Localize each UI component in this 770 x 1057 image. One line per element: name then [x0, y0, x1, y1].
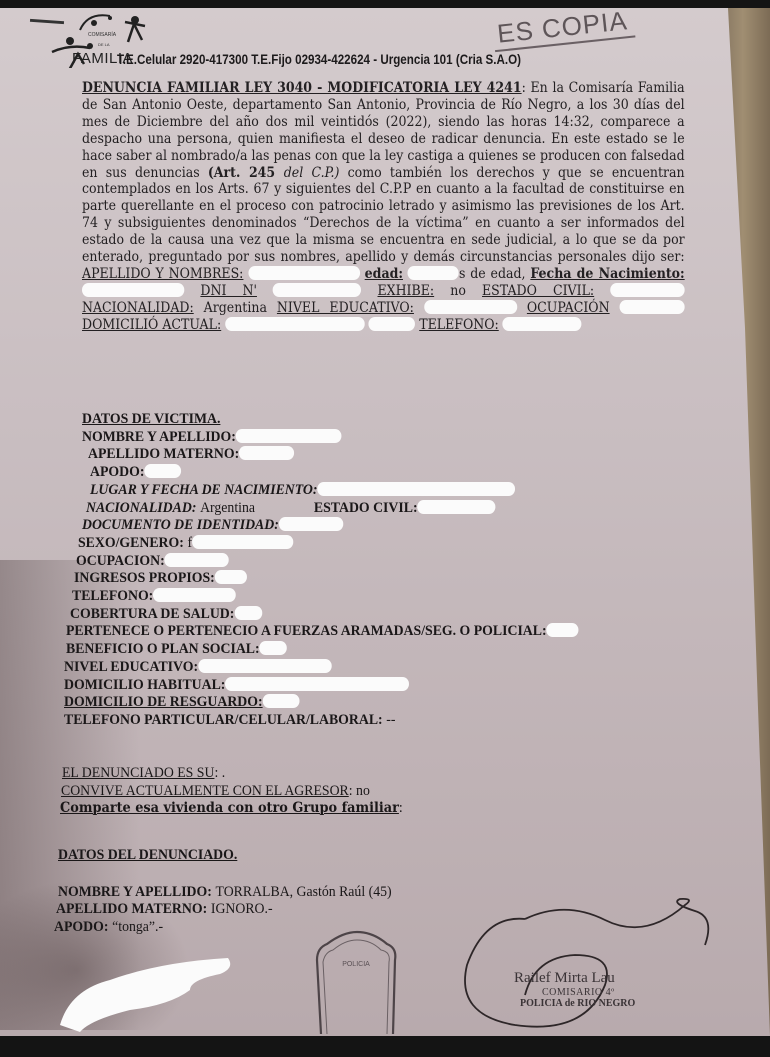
relation-row: Comparte esa vivienda con otro Grupo fam… [60, 800, 403, 818]
accused-field-row: NOMBRE Y APELLIDO:TORRALBA, Gastón Raúl … [58, 884, 392, 902]
label-dni: DNI N' [200, 283, 257, 299]
field-label: OCUPACION: [76, 553, 165, 569]
redaction [263, 694, 300, 708]
field-value: -- [386, 712, 395, 728]
redaction [225, 677, 409, 691]
redaction [236, 429, 342, 443]
redaction [610, 283, 684, 297]
edad-suffix: s de edad, [459, 266, 526, 282]
victim-field-row: DOMICILIO HABITUAL: [64, 677, 579, 695]
victim-field-row: COBERTURA DE SALUD: [70, 606, 579, 624]
commissioner-signature-scrawl [455, 895, 715, 1035]
field-label: NOMBRE Y APELLIDO: [82, 429, 236, 445]
field-label: DOMICILIO DE RESGUARDO: [64, 694, 263, 710]
field-label: BENEFICIO O PLAN SOCIAL: [66, 641, 260, 657]
redaction [424, 300, 517, 314]
nacionalidad-value: Argentina [204, 300, 267, 316]
victim-rows: NOMBRE Y APELLIDO:APELLIDO MATERNO:APODO… [82, 429, 623, 730]
exhibe-value: no [450, 283, 466, 299]
redaction [82, 283, 184, 297]
relation-value: : [399, 800, 403, 816]
redaction [503, 317, 582, 331]
accused-field-row: APELLIDO MATERNO:IGNORO.- [56, 901, 391, 919]
logo-text-mid: DE LA [98, 42, 110, 47]
field-label: LUGAR Y FECHA DE NACIMIENTO: [90, 482, 317, 498]
label-apellido-nombres: APELLIDO Y NOMBRES: [82, 266, 243, 282]
victim-section: DATOS DE VICTIMA. NOMBRE Y APELLIDO:APEL… [82, 411, 623, 730]
relation-row: CONVIVE ACTUALMENTE CON EL AGRESOR: no [61, 783, 403, 801]
redaction [239, 446, 294, 460]
redaction [192, 535, 293, 549]
field-label-extra: ESTADO CIVIL: [314, 500, 418, 516]
redaction [418, 500, 496, 514]
victim-field-row: APELLIDO MATERNO: [88, 446, 581, 464]
victim-field-row: LUGAR Y FECHA DE NACIMIENTO: [90, 482, 581, 500]
field-label: DOMICILIO HABITUAL: [64, 677, 225, 693]
redaction [165, 553, 229, 567]
redaction [547, 623, 579, 637]
relation-rows: EL DENUNCIADO ES SU: .CONVIVE ACTUALMENT… [62, 765, 433, 818]
seal-text: POLICIA [342, 961, 370, 968]
victim-section-title: DATOS DE VICTIMA. [82, 411, 220, 427]
document-title: DENUNCIA FAMILIAR LEY 3040 - MODIFICATOR… [82, 80, 522, 96]
redaction [369, 317, 416, 331]
police-agency: POLICIA de RIO NEGRO [520, 998, 635, 1009]
accused-section-title: DATOS DEL DENUNCIADO. [58, 847, 237, 863]
commissioner-rank: COMISARIO 4º [542, 987, 635, 998]
photo-border [0, 1036, 770, 1057]
field-label: DOCUMENTO DE IDENTIDAD: [82, 517, 279, 533]
field-label: NOMBRE Y APELLIDO: [58, 884, 212, 900]
victim-field-row: TELEFONO PARTICULAR/CELULAR/LABORAL:-- [64, 712, 579, 730]
field-value: “tonga”.- [112, 919, 163, 935]
commissioner-name: Railef Mirta Lau [514, 970, 635, 987]
art-ref-italic: del C.P.) [284, 165, 340, 181]
field-label: TELEFONO PARTICULAR/CELULAR/LABORAL: [64, 712, 383, 728]
relation-label: EL DENUNCIADO ES SU [62, 765, 214, 781]
logo-text-top: COMISARÍA [88, 32, 116, 38]
commissioner-signature-block: Railef Mirta Lau COMISARIO 4º POLICIA de… [514, 970, 635, 1009]
redaction [279, 517, 343, 531]
redaction [215, 570, 247, 584]
label-domicilio: DOMICILIÓ ACTUAL: [82, 317, 221, 333]
victim-field-row: OCUPACION: [76, 553, 580, 571]
field-value: IGNORO.- [211, 901, 273, 917]
field-label: APELLIDO MATERNO: [56, 901, 207, 917]
label-exhibe: EXHIBE: [378, 283, 435, 299]
field-label: INGRESOS PROPIOS: [74, 570, 215, 586]
field-label: APODO: [90, 464, 144, 480]
redaction [153, 588, 236, 602]
victim-field-row: DOMICILIO DE RESGUARDO: [64, 694, 579, 712]
field-label: APELLIDO MATERNO: [88, 446, 239, 462]
redaction [144, 464, 181, 478]
contact-line: T.E.Celular 2920-417300 T.E.Fijo 02934-4… [117, 52, 521, 67]
victim-field-row: INGRESOS PROPIOS: [74, 570, 579, 588]
victim-field-row: TELEFONO: [72, 588, 579, 606]
redaction [248, 266, 360, 280]
redaction [198, 659, 331, 673]
intro-paragraph: DENUNCIA FAMILIAR LEY 3040 - MODIFICATOR… [82, 80, 685, 334]
relation-row: EL DENUNCIADO ES SU: . [62, 765, 403, 783]
accused-rows: NOMBRE Y APELLIDO:TORRALBA, Gastón Raúl … [58, 884, 421, 937]
label-estado-civil: ESTADO CIVIL: [482, 283, 594, 299]
field-label: COBERTURA DE SALUD: [70, 606, 234, 622]
art-ref: (Art. 245 [208, 165, 284, 181]
label-edad: edad: [365, 266, 403, 282]
victim-field-row: APODO: [90, 464, 581, 482]
relation-value: : no [349, 783, 370, 799]
redaction [620, 300, 685, 314]
label-nivel-educativo: NIVEL EDUCATIVO: [277, 300, 414, 316]
field-label: TELEFONO: [72, 588, 153, 604]
field-label: SEXO/GENERO: [78, 535, 184, 551]
victim-field-row: NOMBRE Y APELLIDO: [82, 429, 580, 447]
field-label: APODO: [54, 919, 108, 935]
victim-field-row: BENEFICIO O PLAN SOCIAL: [66, 641, 579, 659]
redaction [408, 266, 459, 280]
redaction [234, 606, 262, 620]
redaction [260, 641, 288, 655]
victim-field-row: NACIONALIDAD:ArgentinaESTADO CIVIL: [86, 500, 580, 518]
police-seal-stamp: POLICIA [313, 930, 399, 1036]
victim-field-row: DOCUMENTO DE IDENTIDAD: [82, 517, 580, 535]
field-label: NACIONALIDAD: [86, 500, 196, 516]
field-value: Argentina [200, 500, 255, 516]
relation-section: EL DENUNCIADO ES SU: .CONVIVE ACTUALMENT… [62, 765, 433, 818]
victim-field-row: NIVEL EDUCATIVO: [64, 659, 579, 677]
label-fecha-nacimiento: Fecha de Nacimiento: [530, 266, 684, 282]
accused-section: DATOS DEL DENUNCIADO. NOMBRE Y APELLIDO:… [58, 847, 421, 937]
label-nacionalidad: NACIONALIDAD: [82, 300, 194, 316]
relation-label: Comparte esa vivienda con otro Grupo fam… [60, 800, 399, 816]
redaction [225, 317, 365, 331]
relation-label: CONVIVE ACTUALMENTE CON EL AGRESOR [61, 783, 349, 799]
field-value: TORRALBA, Gastón Raúl (45) [216, 884, 392, 900]
victim-field-row: SEXO/GENERO:f [78, 535, 580, 553]
relation-value: : . [214, 765, 225, 781]
field-label: PERTENECE O PERTENECIO A FUERZAS ARAMADA… [66, 623, 547, 639]
redacted-signature [50, 950, 240, 1035]
redaction [317, 482, 515, 496]
field-label: NIVEL EDUCATIVO: [64, 659, 198, 675]
redaction [273, 283, 361, 297]
label-telefono: TELEFONO: [419, 317, 499, 333]
victim-field-row: PERTENECE O PERTENECIO A FUERZAS ARAMADA… [66, 623, 579, 641]
label-ocupacion: OCUPACIÓN [527, 300, 610, 316]
